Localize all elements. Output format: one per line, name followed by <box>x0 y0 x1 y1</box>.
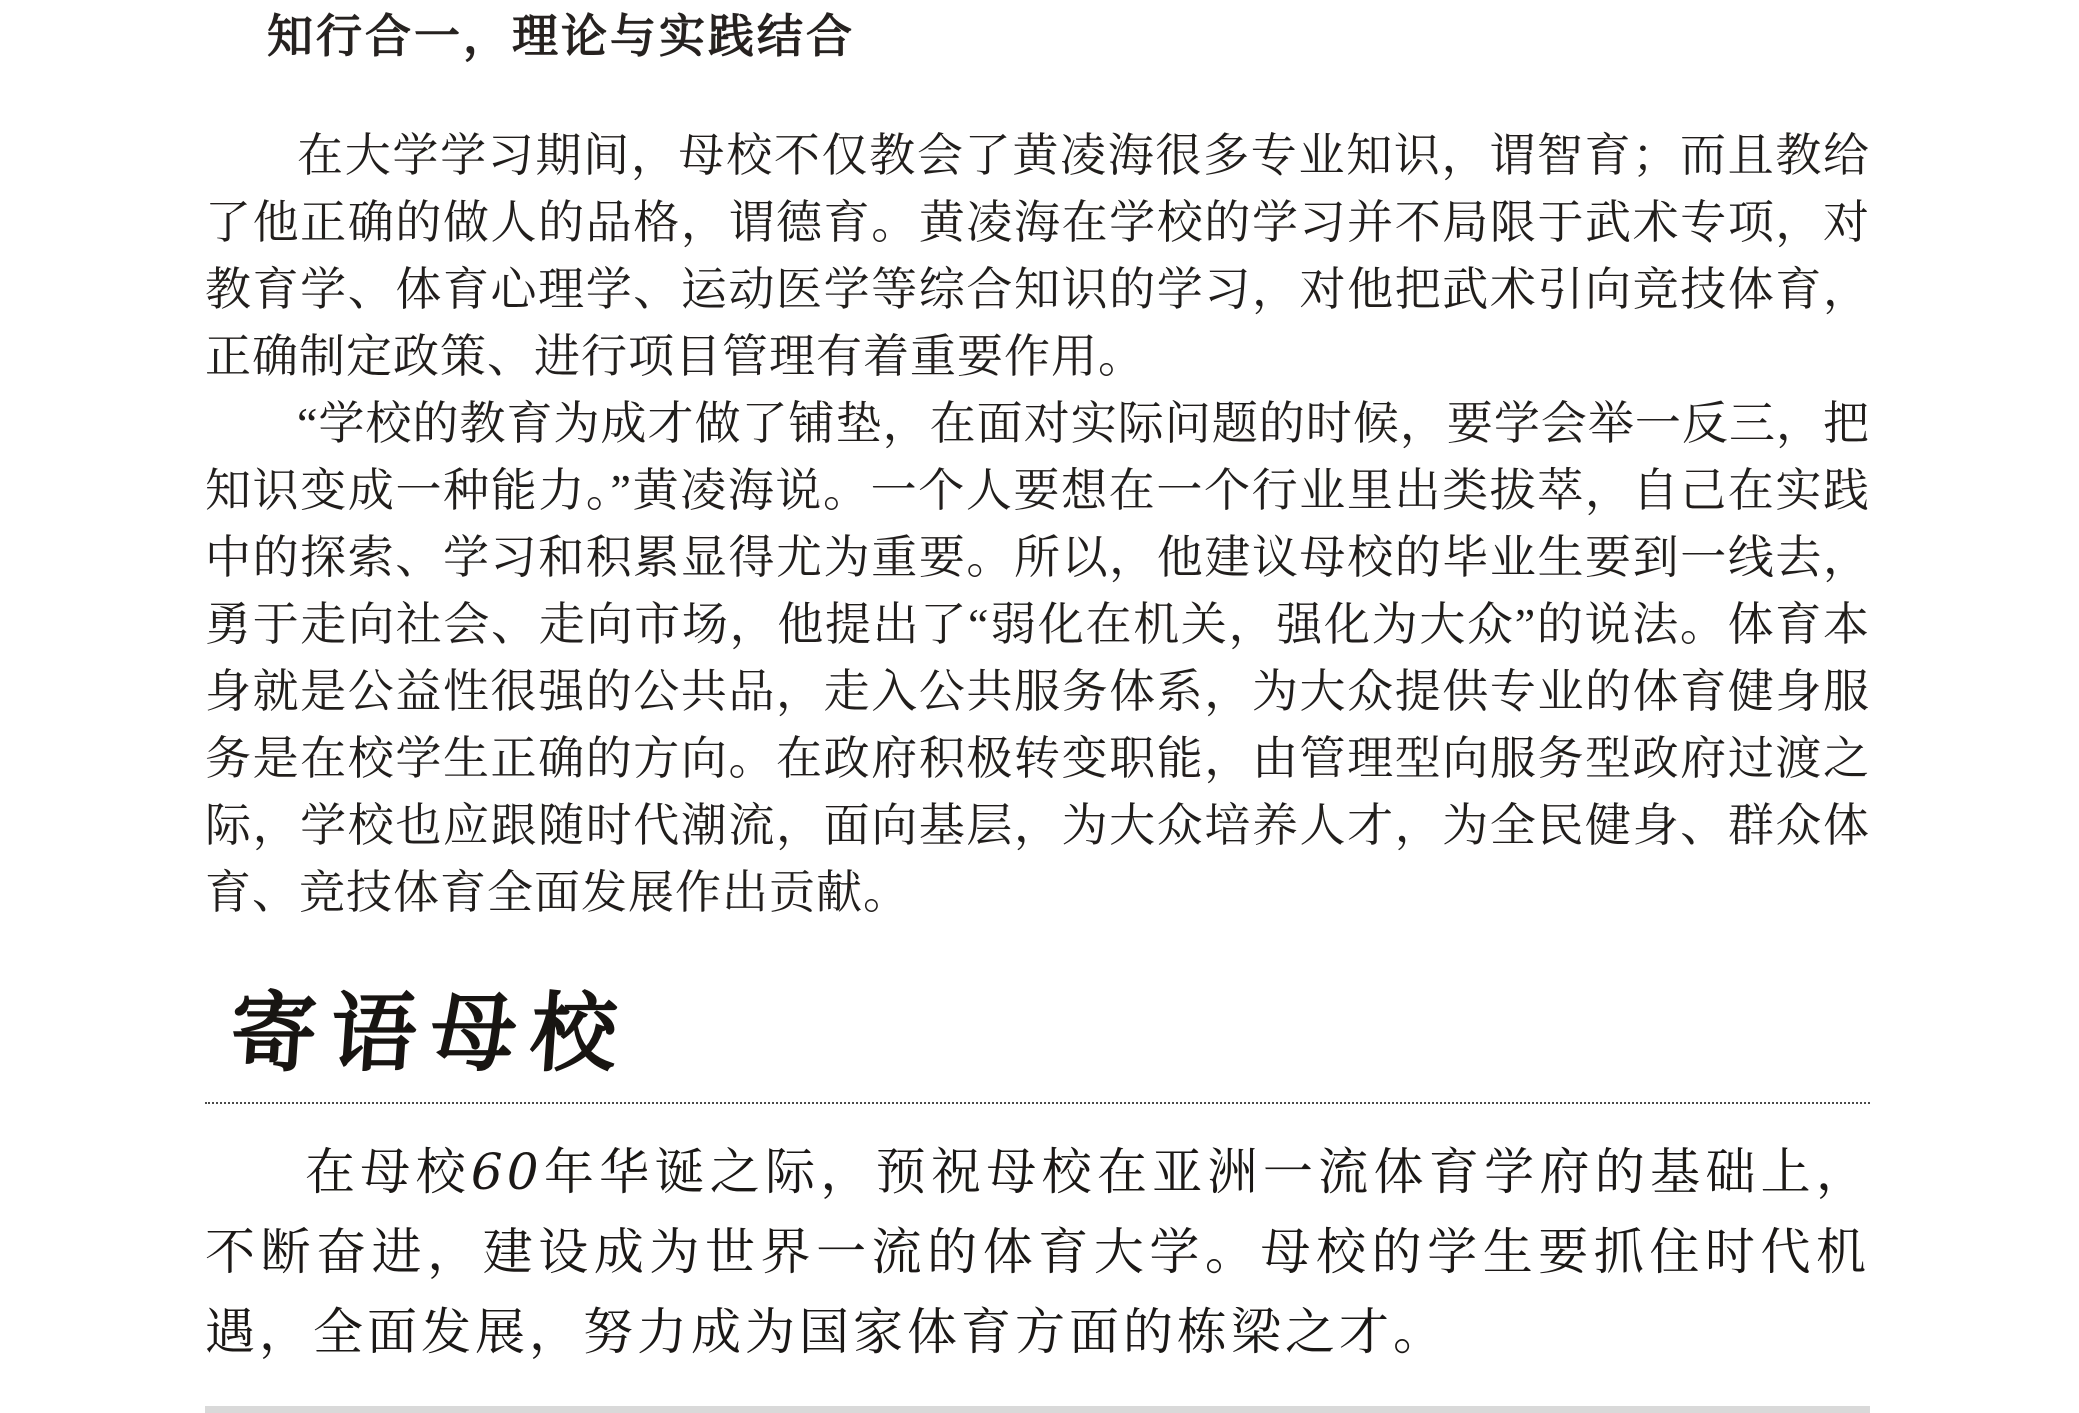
closing-paragraph: 在母校60年华诞之际，预祝母校在亚洲一流体育学府的基础上，不断奋进，建设成为世界… <box>205 1132 1870 1372</box>
document-page: 知行合一，理论与实践结合 在大学学习期间，母校不仅教会了黄凌海很多专业知识，谓智… <box>0 0 2079 1413</box>
closing-text-block: 在母校60年华诞之际，预祝母校在亚洲一流体育学府的基础上，不断奋进，建设成为世界… <box>205 1132 1870 1372</box>
page-content: 知行合一，理论与实践结合 在大学学习期间，母校不仅教会了黄凌海很多专业知识，谓智… <box>205 0 1870 1372</box>
body-text-block: 在大学学习期间，母校不仅教会了黄凌海很多专业知识，谓智育；而且教给了他正确的做人… <box>205 122 1870 926</box>
paragraph-2: “学校的教育为成才做了铺垫，在面对实际问题的时候，要学会举一反三，把知识变成一种… <box>205 390 1870 926</box>
section-heading: 知行合一，理论与实践结合 <box>267 10 1870 62</box>
calligraphy-subheading: 寄语母校 <box>227 984 1877 1084</box>
page-bottom-edge <box>205 1406 1870 1413</box>
dotted-divider <box>205 1102 1870 1104</box>
paragraph-1: 在大学学习期间，母校不仅教会了黄凌海很多专业知识，谓智育；而且教给了他正确的做人… <box>205 122 1870 390</box>
